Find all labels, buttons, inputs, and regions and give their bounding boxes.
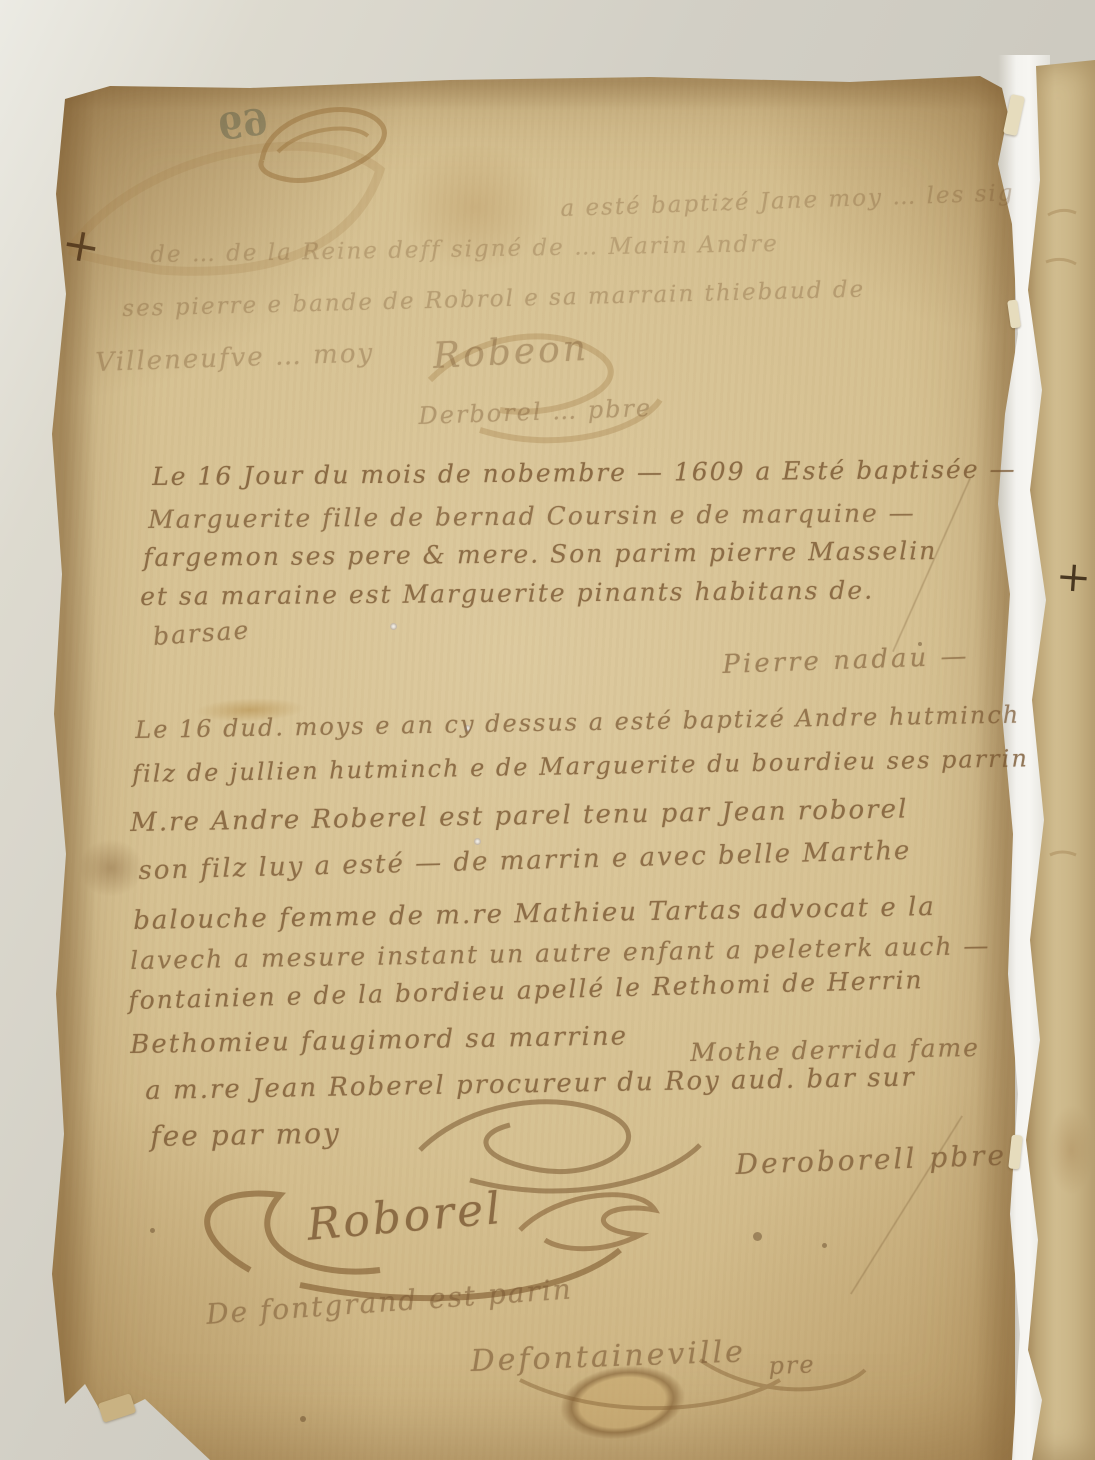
handwriting-line: fee par moy — [150, 1117, 341, 1153]
ink-speck — [300, 1416, 306, 1422]
pinhole — [474, 838, 481, 845]
second-page-cross-mark: + — [1054, 551, 1093, 602]
faded-signature: Robeon — [432, 328, 590, 377]
ink-speck — [753, 1232, 762, 1241]
handwriting-line: Mothe derrida fame — [690, 1033, 980, 1067]
ink-speck — [150, 1228, 155, 1233]
pinhole — [390, 623, 397, 630]
ink-speck — [822, 1243, 827, 1248]
stain-top-center — [370, 115, 580, 300]
manuscript-photo: 69 + + a esté baptizé Jane moy … les sig… — [0, 0, 1095, 1460]
stain-right-strip — [1035, 1090, 1095, 1210]
signature-suffix: pre — [768, 1350, 816, 1380]
ghost-page-number: 69 — [215, 101, 270, 150]
